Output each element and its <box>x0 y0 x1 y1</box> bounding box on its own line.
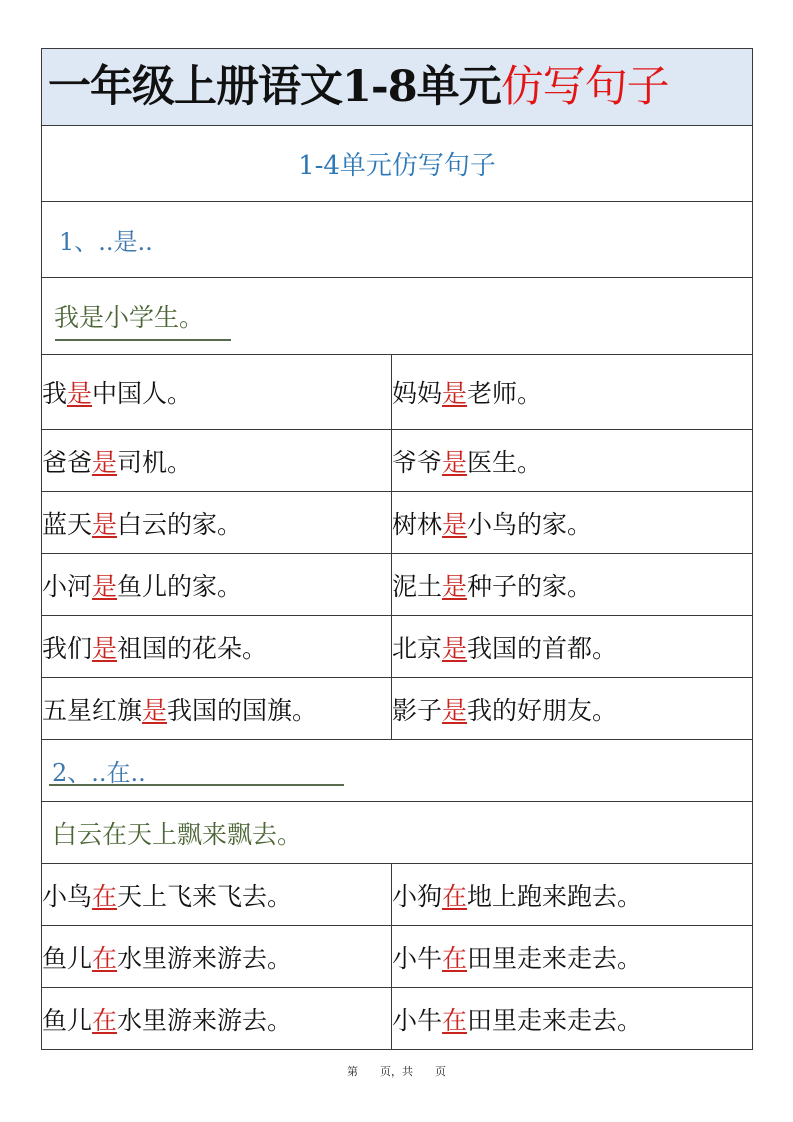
sentence-row: 小鸟在天上飞来飞去。 小狗在地上跑来跑去。 <box>42 864 753 926</box>
sentence-cell: 小狗在地上跑来跑去。 <box>392 864 753 926</box>
sentence-row: 五星红旗是我国的国旗。 影子是我的好朋友。 <box>42 678 753 740</box>
sentence-cell: 鱼儿在水里游来游去。 <box>42 926 392 988</box>
sentence: 影子是我的好朋友。 <box>392 696 617 725</box>
sentence-post: 白云的家。 <box>117 510 242 539</box>
title-accent: 仿写句子 <box>501 62 669 112</box>
section-heading: 2、..在.. <box>42 759 146 787</box>
sentence-pre: 鱼儿 <box>42 944 92 973</box>
sentence-cell: 小牛在田里走来走去。 <box>392 926 753 988</box>
sentence: 小牛在田里走来走去。 <box>392 1006 642 1035</box>
model-sentence: 白云在天上飘来飘去。 <box>42 815 302 851</box>
sentence-post: 田里走来走去。 <box>467 1006 642 1035</box>
sentence-pre: 小鸟 <box>42 882 92 911</box>
keyword: 是 <box>92 510 117 539</box>
sentence-cell: 爸爸是司机。 <box>42 430 392 492</box>
keyword: 在 <box>92 944 117 973</box>
keyword: 在 <box>442 944 467 973</box>
sentence: 鱼儿在水里游来游去。 <box>42 1006 292 1035</box>
keyword: 是 <box>92 572 117 601</box>
sentence: 小牛在田里走来走去。 <box>392 944 642 973</box>
keyword: 是 <box>442 696 467 725</box>
sentence-pre: 我们 <box>42 634 92 663</box>
sentence-pre: 鱼儿 <box>42 1006 92 1035</box>
sentence: 爷爷是医生。 <box>392 448 542 477</box>
sentence-pre: 爷爷 <box>392 448 442 477</box>
keyword: 是 <box>92 448 117 477</box>
unit-heading-row: 1-4单元仿写句子 <box>42 126 753 202</box>
sentence-cell: 影子是我的好朋友。 <box>392 678 753 740</box>
sentence-post: 天上飞来飞去。 <box>117 882 292 911</box>
sentence-post: 我的好朋友。 <box>467 696 617 725</box>
unit-heading: 1-4单元仿写句子 <box>298 151 496 181</box>
sentence-pre: 我 <box>42 379 67 408</box>
heading-underline <box>49 784 344 786</box>
sentence: 五星红旗是我国的国旗。 <box>42 696 317 725</box>
model-sentence-row: 白云在天上飘来飘去。 <box>42 802 753 864</box>
title-row: 一年级上册语文1-8单元仿写句子 <box>42 49 753 126</box>
sentence-pre: 小狗 <box>392 882 442 911</box>
model-sentence-cell: 我是小学生。 <box>42 278 753 355</box>
sentence: 北京是我国的首都。 <box>392 634 617 663</box>
sentence-cell: 妈妈是老师。 <box>392 355 753 430</box>
keyword: 在 <box>442 1006 467 1035</box>
title-cell: 一年级上册语文1-8单元仿写句子 <box>42 49 753 126</box>
model-sentence-row: 我是小学生。 <box>42 278 753 355</box>
sentence-pre: 树林 <box>392 510 442 539</box>
sentence: 小狗在地上跑来跑去。 <box>392 882 642 911</box>
section-heading-row: 2、..在.. <box>42 740 753 802</box>
sentence-pre: 北京 <box>392 634 442 663</box>
sentence-pre: 爸爸 <box>42 448 92 477</box>
sentence-pre: 妈妈 <box>392 379 442 408</box>
sentence-row: 爸爸是司机。 爷爷是医生。 <box>42 430 753 492</box>
sentence-pre: 小牛 <box>392 1006 442 1035</box>
sentence: 蓝天是白云的家。 <box>42 510 242 539</box>
sentence-cell: 小河是鱼儿的家。 <box>42 554 392 616</box>
sentence-pre: 影子 <box>392 696 442 725</box>
sentence-row: 我是中国人。 妈妈是老师。 <box>42 355 753 430</box>
sentence-row: 小河是鱼儿的家。 泥土是种子的家。 <box>42 554 753 616</box>
sentence-post: 水里游来游去。 <box>117 944 292 973</box>
sentence: 树林是小鸟的家。 <box>392 510 592 539</box>
sentence: 鱼儿在水里游来游去。 <box>42 944 292 973</box>
sentence-pre: 小河 <box>42 572 92 601</box>
keyword: 是 <box>442 379 467 408</box>
sentence-post: 田里走来走去。 <box>467 944 642 973</box>
sentence-post: 司机。 <box>117 448 192 477</box>
sentence-cell: 小牛在田里走来走去。 <box>392 988 753 1050</box>
sentence-cell: 北京是我国的首都。 <box>392 616 753 678</box>
sentence-cell: 爷爷是医生。 <box>392 430 753 492</box>
sentence-post: 种子的家。 <box>467 572 592 601</box>
keyword: 是 <box>67 379 92 408</box>
keyword: 是 <box>92 634 117 663</box>
sentence-pre: 小牛 <box>392 944 442 973</box>
worksheet-table: 一年级上册语文1-8单元仿写句子 1-4单元仿写句子 1、..是.. 我是小学生… <box>41 48 753 1050</box>
title-main: 一年级上册语文1-8单元 <box>48 62 501 112</box>
sentence-row: 鱼儿在水里游来游去。 小牛在田里走来走去。 <box>42 926 753 988</box>
sentence: 我是中国人。 <box>42 379 192 408</box>
sentence-row: 我们是祖国的花朵。 北京是我国的首都。 <box>42 616 753 678</box>
sentence-post: 中国人。 <box>92 379 192 408</box>
sentence-post: 地上跑来跑去。 <box>467 882 642 911</box>
sentence-post: 鱼儿的家。 <box>117 572 242 601</box>
sentence-cell: 我们是祖国的花朵。 <box>42 616 392 678</box>
sentence-row: 鱼儿在水里游来游去。 小牛在田里走来走去。 <box>42 988 753 1050</box>
keyword: 是 <box>142 696 167 725</box>
sentence: 泥土是种子的家。 <box>392 572 592 601</box>
sentence-post: 老师。 <box>467 379 542 408</box>
model-underline <box>55 339 231 341</box>
page-title: 一年级上册语文1-8单元仿写句子 <box>42 66 752 109</box>
keyword: 在 <box>92 1006 117 1035</box>
model-sentence: 我是小学生。 <box>42 298 204 334</box>
sentence-cell: 蓝天是白云的家。 <box>42 492 392 554</box>
sentence-post: 我国的国旗。 <box>167 696 317 725</box>
section-heading: 1、..是.. <box>42 228 153 256</box>
sentence-cell: 树林是小鸟的家。 <box>392 492 753 554</box>
sentence-post: 祖国的花朵。 <box>117 634 267 663</box>
sentence-pre: 泥土 <box>392 572 442 601</box>
sentence-post: 医生。 <box>467 448 542 477</box>
keyword: 在 <box>92 882 117 911</box>
sentence-post: 小鸟的家。 <box>467 510 592 539</box>
sentence-cell: 鱼儿在水里游来游去。 <box>42 988 392 1050</box>
sentence: 爸爸是司机。 <box>42 448 192 477</box>
sentence-row: 蓝天是白云的家。 树林是小鸟的家。 <box>42 492 753 554</box>
sentence-post: 我国的首都。 <box>467 634 617 663</box>
worksheet: 一年级上册语文1-8单元仿写句子 1-4单元仿写句子 1、..是.. 我是小学生… <box>41 48 752 1050</box>
sentence: 小鸟在天上飞来飞去。 <box>42 882 292 911</box>
unit-heading-cell: 1-4单元仿写句子 <box>42 126 753 202</box>
section-heading-cell: 1、..是.. <box>42 202 753 278</box>
keyword: 是 <box>442 510 467 539</box>
section-heading-row: 1、..是.. <box>42 202 753 278</box>
sentence: 我们是祖国的花朵。 <box>42 634 267 663</box>
sentence: 妈妈是老师。 <box>392 379 542 408</box>
keyword: 在 <box>442 882 467 911</box>
sentence-post: 水里游来游去。 <box>117 1006 292 1035</box>
model-sentence-cell: 白云在天上飘来飘去。 <box>42 802 753 864</box>
sentence-pre: 蓝天 <box>42 510 92 539</box>
sentence-cell: 我是中国人。 <box>42 355 392 430</box>
sentence-cell: 泥土是种子的家。 <box>392 554 753 616</box>
section-heading-cell: 2、..在.. <box>42 740 753 802</box>
page-footer: 第 页，共 页 <box>0 1063 793 1079</box>
sentence-cell: 五星红旗是我国的国旗。 <box>42 678 392 740</box>
keyword: 是 <box>442 572 467 601</box>
keyword: 是 <box>442 634 467 663</box>
sentence-cell: 小鸟在天上飞来飞去。 <box>42 864 392 926</box>
sentence: 小河是鱼儿的家。 <box>42 572 242 601</box>
sentence-pre: 五星红旗 <box>42 696 142 725</box>
keyword: 是 <box>442 448 467 477</box>
